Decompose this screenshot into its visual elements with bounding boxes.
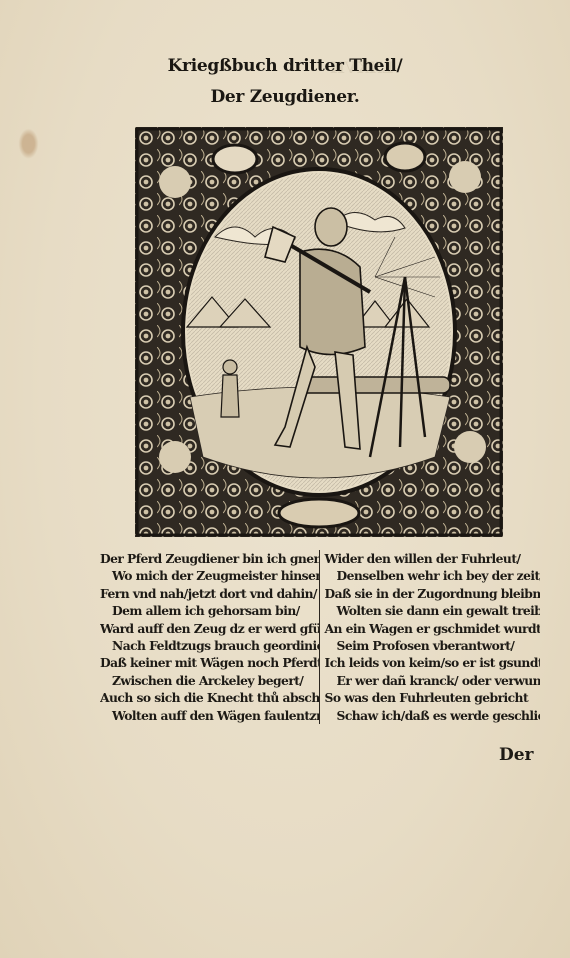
verse-line: Ward auff den Zeug dz er werd gfürt <box>100 620 316 637</box>
verse-column-left: Der Pferd Zeugdiener bin ich gnendt Wo m… <box>100 550 319 724</box>
verse-line: Wider den willen der Fuhrleut/ <box>325 550 541 567</box>
verse-line: Wo mich der Zeugmeister hinsendt/ <box>100 567 316 584</box>
verse-line: Fern vnd nah/jetzt dort vnd dahin/ <box>100 585 316 602</box>
verse-line: Wolten sie dann ein gewalt treibn/ <box>325 602 541 619</box>
woodcut-image <box>135 127 503 537</box>
verse-block: Der Pferd Zeugdiener bin ich gnendt Wo m… <box>100 550 540 724</box>
verse-line: Er wer dañ kranck/ oder verwundt/ <box>325 672 541 689</box>
verse-line: Seim Profosen vberantwort/ <box>325 637 541 654</box>
verse-line: Nach Feldtzugs brauch geordiniert/ <box>100 637 316 654</box>
verse-line: Zwischen die Arckeley begert/ <box>100 672 316 689</box>
verse-line: Dem allem ich gehorsam bin/ <box>100 602 316 619</box>
book-page: LXXVII Kriegßbuch dritter Theil/ Der Zeu… <box>0 0 570 958</box>
verse-line: Denselben wehr ich bey der zeit/ <box>325 567 541 584</box>
verse-line: Daß keiner mit Wägen noch Pferdt <box>100 654 316 671</box>
verse-line: An ein Wagen er gschmidet wurdt <box>325 620 541 637</box>
catchword: Der <box>499 745 534 765</box>
verse-column-right: Wider den willen der Fuhrleut/ Denselben… <box>319 550 541 724</box>
verse-line: Der Pferd Zeugdiener bin ich gnendt <box>100 550 316 567</box>
section-title: Der Zeugdiener. <box>0 87 570 107</box>
verse-line: Wolten auff den Wägen faulentzn/ <box>100 707 316 724</box>
verse-line: Daß sie in der Zugordnung bleibn/ <box>325 585 541 602</box>
verse-line: So was den Fuhrleuten gebricht <box>325 689 541 706</box>
verse-line: Auch so sich die Knecht thů abschrentzn <box>100 689 316 706</box>
running-head: Kriegßbuch dritter Theil/ <box>0 56 570 76</box>
verse-line: Schaw ich/daß es werde geschlicht. <box>325 707 541 724</box>
verse-line: Ich leids von keim/so er ist gsundt <box>325 654 541 671</box>
woodcut-illustration <box>135 127 503 537</box>
